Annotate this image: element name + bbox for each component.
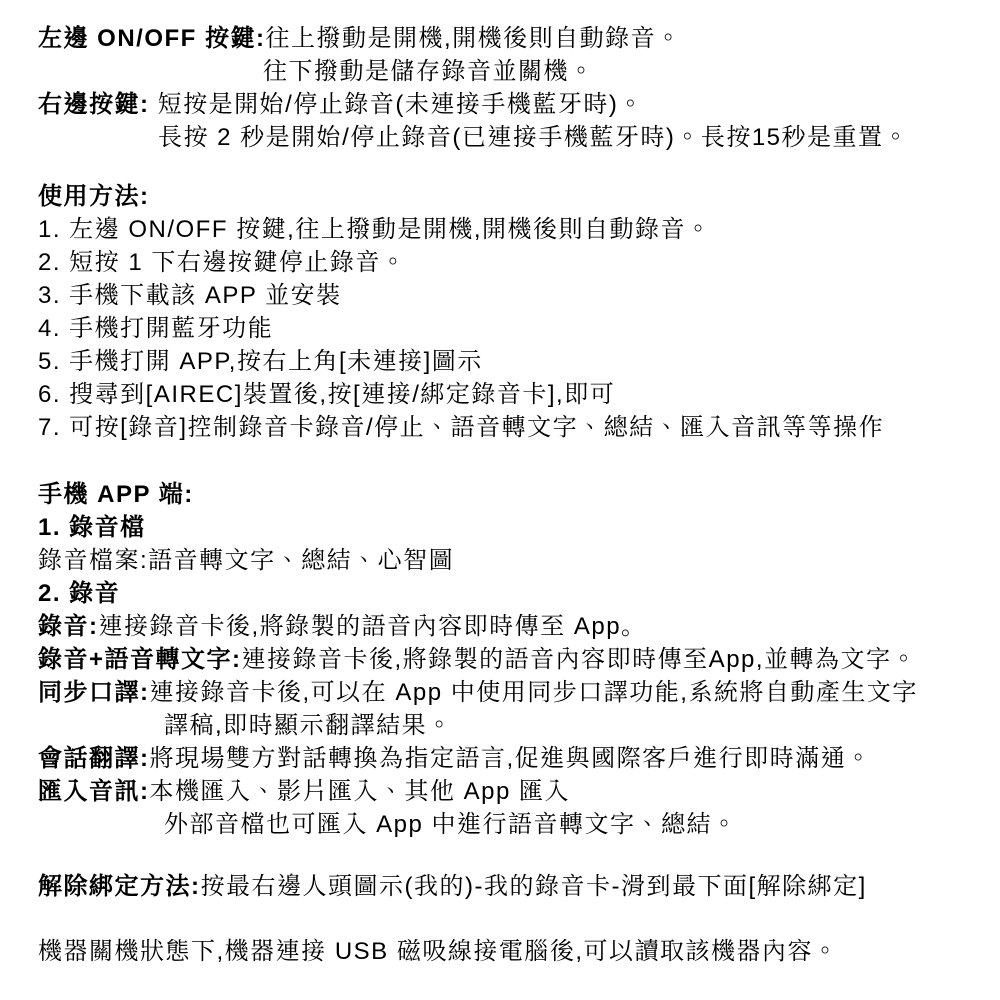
line-text: 往下撥動是儲存錄音並關機。 — [263, 58, 595, 85]
section-heading-usage: 使用方法: — [38, 180, 994, 213]
line-text: 7. 可按[錄音]控制錄音卡錄音/停止、語音轉文字、總結、匯入音訊等等操作 — [38, 414, 884, 441]
app-feature-interpret-cont: 譯稿,即時顯示翻譯結果。 — [38, 709, 994, 742]
line-text: 連接錄音卡後,將錄製的語音內容即時傳至 App。 — [99, 613, 647, 640]
line-text: 連接錄音卡後,將錄製的語音內容即時傳至App,並轉為文字。 — [242, 646, 918, 673]
usage-step-4: 4. 手機打開藍牙功能 — [38, 312, 994, 345]
usage-step-3: 3. 手機下載該 APP 並安裝 — [38, 279, 994, 312]
line-text: 按最右邊人頭圖示(我的)-我的錄音卡-滑到最下面[解除綁定] — [201, 873, 867, 900]
app-item-2-heading: 2. 錄音 — [38, 577, 994, 610]
line-right-button-long: 長按 2 秒是開始/停止錄音(已連接手機藍牙時)。長按15秒是重置。 — [38, 121, 994, 154]
line-label: 1. 錄音檔 — [38, 514, 146, 541]
usage-step-5: 5. 手機打開 APP,按右上角[未連接]圖示 — [38, 345, 994, 378]
line-text: 機器關機狀態下,機器連接 USB 磁吸線接電腦後,可以讀取該機器內容。 — [38, 938, 839, 965]
line-text: 將現場雙方對話轉換為指定語言,促進與國際客戶進行即時滿通。 — [150, 745, 872, 772]
app-feature-conversation-translate: 會話翻譯:將現場雙方對話轉換為指定語言,促進與國際客戶進行即時滿通。 — [38, 742, 994, 775]
line-left-button-up: 左邊 ON/OFF 按鍵:往上撥動是開機,開機後則自動錄音。 — [38, 22, 994, 55]
instruction-document: 左邊 ON/OFF 按鍵:往上撥動是開機,開機後則自動錄音。 往下撥動是儲存錄音… — [0, 0, 1000, 1000]
app-item-1-heading: 1. 錄音檔 — [38, 511, 994, 544]
line-label: 同步口譯: — [38, 679, 150, 706]
line-label: 會話翻譯: — [38, 745, 150, 772]
usage-step-7: 7. 可按[錄音]控制錄音卡錄音/停止、語音轉文字、總結、匯入音訊等等操作 — [38, 411, 994, 444]
line-label: 右邊按鍵: — [38, 91, 158, 118]
line-label: 左邊 ON/OFF 按鍵: — [38, 25, 265, 52]
line-text: 2. 短按 1 下右邊按鍵停止錄音。 — [38, 249, 406, 276]
line-label: 解除綁定方法: — [38, 873, 201, 900]
line-text: 3. 手機下載該 APP 並安裝 — [38, 282, 342, 309]
line-text: 長按 2 秒是開始/停止錄音(已連接手機藍牙時)。長按15秒是重置。 — [158, 124, 909, 151]
line-label: 匯入音訊: — [38, 778, 150, 805]
line-text: 5. 手機打開 APP,按右上角[未連接]圖示 — [38, 348, 483, 375]
line-unbind-method: 解除綁定方法:按最右邊人頭圖示(我的)-我的錄音卡-滑到最下面[解除綁定] — [38, 870, 994, 903]
line-text: 4. 手機打開藍牙功能 — [38, 315, 273, 342]
app-item-1-detail: 錄音檔案:語音轉文字、總結、心智圖 — [38, 544, 994, 577]
line-usb-note: 機器關機狀態下,機器連接 USB 磁吸線接電腦後,可以讀取該機器內容。 — [38, 935, 994, 968]
line-text: 本機匯入、影片匯入、其他 App 匯入 — [150, 778, 571, 805]
line-text: 錄音檔案:語音轉文字、總結、心智圖 — [38, 547, 454, 574]
line-label: 使用方法: — [38, 183, 150, 210]
app-feature-record: 錄音:連接錄音卡後,將錄製的語音內容即時傳至 App。 — [38, 610, 994, 643]
line-text: 6. 搜尋到[AIREC]裝置後,按[連接/綁定錄音卡],即可 — [38, 381, 615, 408]
app-feature-import-audio: 匯入音訊:本機匯入、影片匯入、其他 App 匯入 — [38, 775, 994, 808]
line-label: 手機 APP 端: — [38, 481, 194, 508]
line-text: 1. 左邊 ON/OFF 按鍵,往上撥動是開機,開機後則自動錄音。 — [38, 216, 712, 243]
line-text: 短按是開始/停止錄音(未連接手機藍牙時)。 — [158, 91, 644, 118]
line-text: 往上撥動是開機,開機後則自動錄音。 — [265, 25, 681, 52]
line-text: 外部音檔也可匯入 App 中進行語音轉文字、總結。 — [164, 811, 738, 838]
usage-step-2: 2. 短按 1 下右邊按鍵停止錄音。 — [38, 246, 994, 279]
line-label: 錄音+語音轉文字: — [38, 646, 242, 673]
line-left-button-down: 往下撥動是儲存錄音並關機。 — [38, 55, 994, 88]
line-right-button-short: 右邊按鍵: 短按是開始/停止錄音(未連接手機藍牙時)。 — [38, 88, 994, 121]
usage-step-6: 6. 搜尋到[AIREC]裝置後,按[連接/綁定錄音卡],即可 — [38, 378, 994, 411]
usage-step-1: 1. 左邊 ON/OFF 按鍵,往上撥動是開機,開機後則自動錄音。 — [38, 213, 994, 246]
app-feature-record-transcribe: 錄音+語音轉文字:連接錄音卡後,將錄製的語音內容即時傳至App,並轉為文字。 — [38, 643, 994, 676]
app-feature-interpret: 同步口譯:連接錄音卡後,可以在 App 中使用同步口譯功能,系統將自動產生文字 — [38, 676, 994, 709]
section-heading-app: 手機 APP 端: — [38, 478, 994, 511]
line-text: 連接錄音卡後,可以在 App 中使用同步口譯功能,系統將自動產生文字 — [150, 679, 918, 706]
line-label: 錄音: — [38, 613, 99, 640]
line-text: 譯稿,即時顯示翻譯結果。 — [164, 712, 453, 739]
line-label: 2. 錄音 — [38, 580, 120, 607]
app-feature-import-audio-cont: 外部音檔也可匯入 App 中進行語音轉文字、總結。 — [38, 808, 994, 841]
